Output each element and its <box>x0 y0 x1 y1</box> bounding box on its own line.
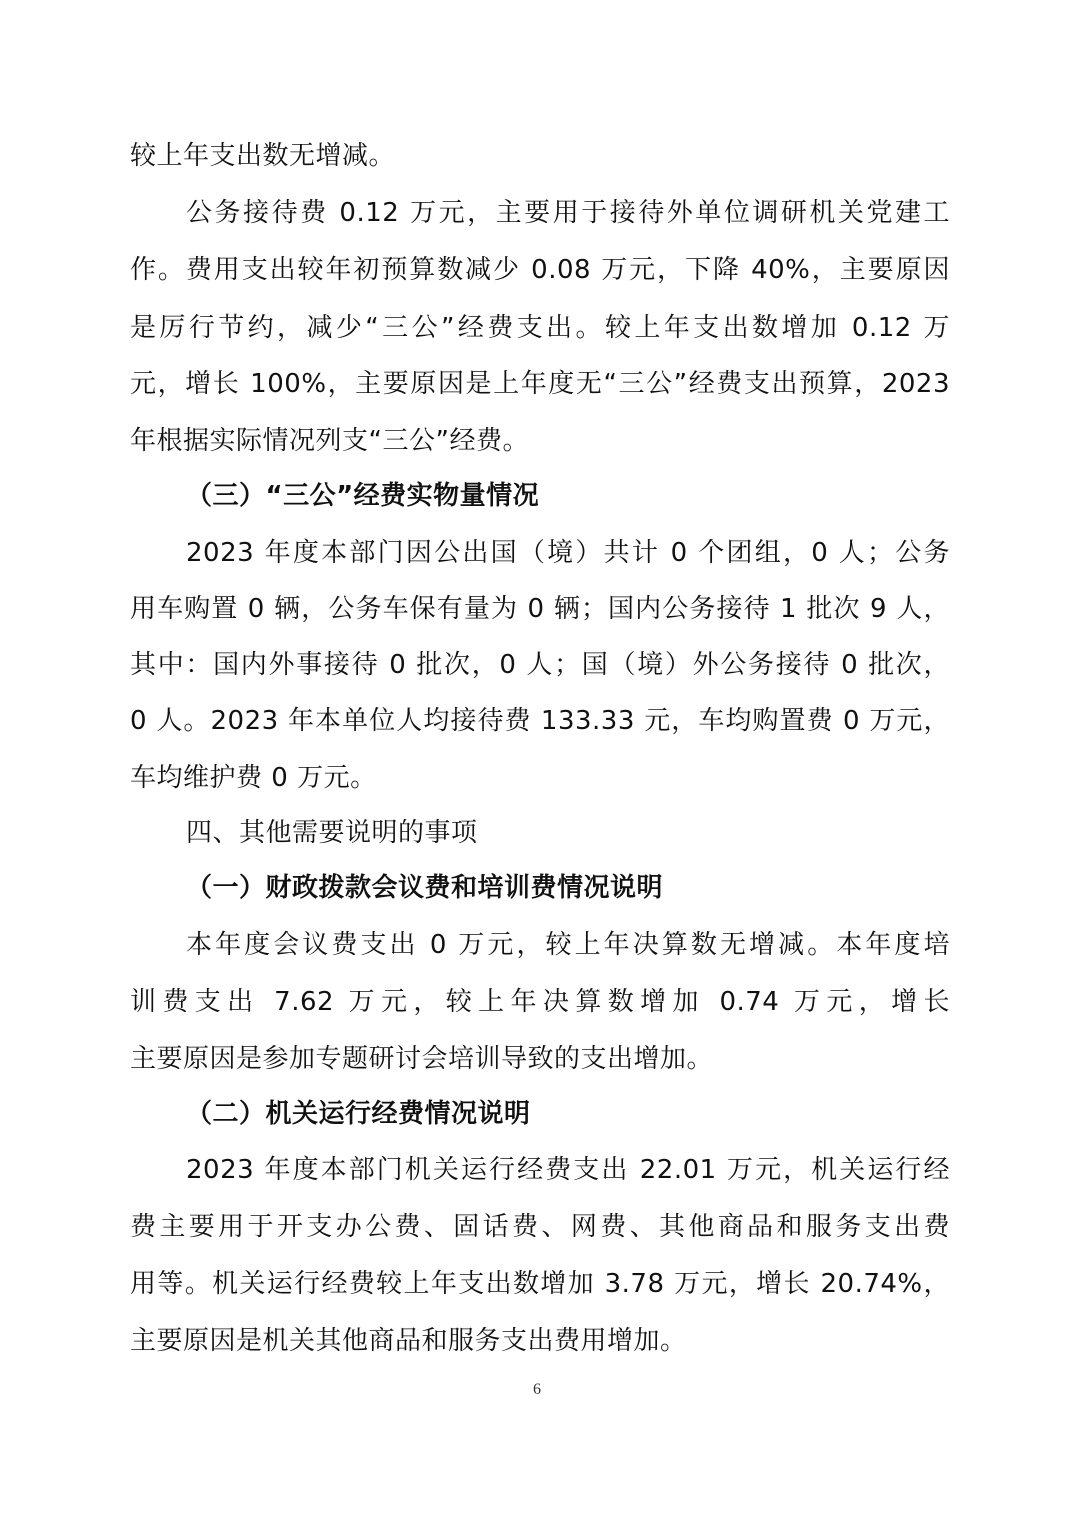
paragraph-line: 元，增长 100%，主要原因是上年度无“三公”经费支出预算，2023 <box>130 366 950 402</box>
paragraph-line: 主要原因是机关其他商品和服务支出费用增加。 <box>130 1323 950 1359</box>
paragraph-line: 本年度会议费支出 0 万元，较上年决算数无增减。本年度培 <box>186 927 950 963</box>
paragraph-line: 训费支出 7.62 万元，较上年决算数增加 0.74 万元，增长 10.76%， <box>130 984 950 1020</box>
paragraph-line: 2023 年度本部门因公出国（境）共计 0 个团组，0 人；公务 <box>186 535 950 571</box>
section-heading: （一）财政拨款会议费和培训费情况说明 <box>186 870 1006 906</box>
paragraph-line: 其中：国内外事接待 0 批次，0 人；国（境）外公务接待 0 批次， <box>130 647 950 683</box>
paragraph-line: 费主要用于开支办公费、固话费、网费、其他商品和服务支出费 <box>130 1209 950 1245</box>
document-page: 较上年支出数无增减。公务接待费 0.12 万元，主要用于接待外单位调研机关党建工… <box>0 0 1074 1520</box>
paragraph-line: 公务接待费 0.12 万元，主要用于接待外单位调研机关党建工 <box>186 195 950 231</box>
paragraph-line: 年根据实际情况列支“三公”经费。 <box>130 423 950 459</box>
paragraph-line: 2023 年度本部门机关运行经费支出 22.01 万元，机关运行经 <box>186 1152 950 1188</box>
page-number: 6 <box>0 1381 1074 1399</box>
paragraph-line: 车均维护费 0 万元。 <box>130 760 950 796</box>
paragraph-line: 是厉行节约，减少“三公”经费支出。较上年支出数增加 0.12 万 <box>130 310 950 346</box>
paragraph-line: 四、其他需要说明的事项 <box>186 815 1006 851</box>
paragraph-line: 0 人。2023 年本单位人均接待费 133.33 元，车均购置费 0 万元， <box>130 703 950 739</box>
paragraph-line: 用等。机关运行经费较上年支出数增加 3.78 万元，增长 20.74%， <box>130 1266 950 1302</box>
section-heading: （二）机关运行经费情况说明 <box>186 1096 1006 1132</box>
paragraph-line: 用车购置 0 辆，公务车保有量为 0 辆；国内公务接待 1 批次 9 人， <box>130 591 950 627</box>
paragraph-line: 较上年支出数无增减。 <box>130 138 950 174</box>
paragraph-line: 主要原因是参加专题研讨会培训导致的支出增加。 <box>130 1041 950 1077</box>
paragraph-line: 作。费用支出较年初预算数减少 0.08 万元，下降 40%，主要原因 <box>130 252 950 288</box>
section-heading: （三）“三公”经费实物量情况 <box>186 478 1006 514</box>
